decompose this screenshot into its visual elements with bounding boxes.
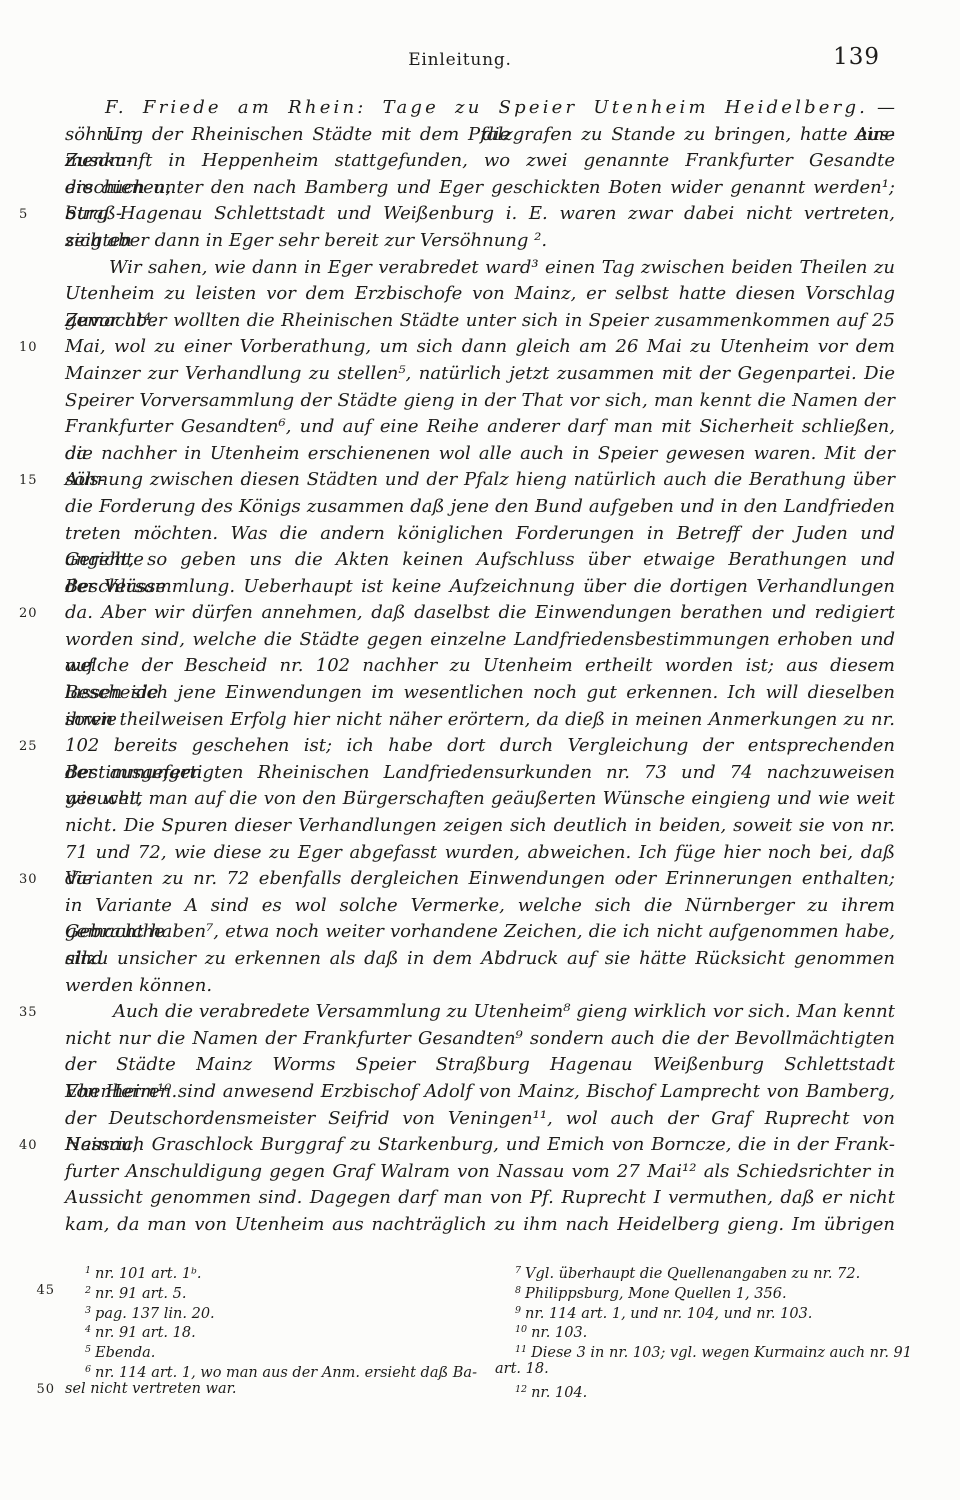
text-line: 25102 bereits geschehen ist; ich habe do…: [65, 733, 895, 760]
text-line: 30Varianten zu nr. 72 ebenfalls dergleic…: [65, 866, 895, 893]
text-line: 35Auch die verabredete Versammlung zu Ut…: [65, 999, 895, 1026]
text-line: Wir sahen, wie dann in Eger verabredet w…: [65, 255, 895, 282]
text-line: ihren theilweisen Erfolg hier nicht nähe…: [65, 707, 895, 734]
text-line: Speirer Vorversammlung der Städte gieng …: [65, 388, 895, 415]
text-line: kam, da man von Utenheim aus nachträglic…: [65, 1212, 895, 1239]
footnote-line: 10nr. 103.: [495, 1320, 895, 1340]
footnote-marker: 3: [85, 1305, 91, 1316]
text-line: söhnung der Rheinischen Städte mit dem P…: [65, 122, 895, 149]
text-line: 40Heinrich Graschlock Burggraf zu Starke…: [65, 1132, 895, 1159]
text-line: 20da. Aber wir dürfen annehmen, daß dase…: [65, 600, 895, 627]
text-line: die nachher in Utenheim erschienenen wol…: [65, 441, 895, 468]
text-line: werden können.: [65, 973, 895, 1000]
text-line: menkunft in Heppenheim stattgefunden, wo…: [65, 148, 895, 175]
section-heading: F. Friede am Rhein: Tage zu Speier Utenh…: [105, 97, 868, 118]
body-text: F. Friede am Rhein: Tage zu Speier Utenh…: [65, 95, 895, 1239]
margin-line-number: 30: [19, 867, 55, 894]
footnote-line: 9nr. 114 art. 1, und nr. 104, und nr. 10…: [495, 1301, 895, 1321]
footnote-marker: 6: [85, 1364, 91, 1375]
margin-line-number: 50: [19, 1380, 55, 1400]
text-line: sich aber dann in Eger sehr bereit zur V…: [65, 228, 895, 255]
text-line: wie weit man auf die von den Bürgerschaf…: [65, 786, 895, 813]
text-line: Frankfurter Gesandten⁶, und auf eine Rei…: [65, 414, 895, 441]
text-line: nicht nur die Namen der Frankfurter Gesa…: [65, 1026, 895, 1053]
text-line: nicht. Die Spuren dieser Verhandlungen z…: [65, 813, 895, 840]
text-line: Mainzer zur Verhandlung zu stellen⁵, nat…: [65, 361, 895, 388]
footnote-marker: 9: [515, 1305, 521, 1316]
text-line: worden sind, welche die Städte gegen ein…: [65, 627, 895, 654]
text-line: angeht, so geben uns die Akten keinen Au…: [65, 547, 895, 574]
margin-line-number: 20: [19, 601, 55, 628]
footnote-marker: 1: [85, 1265, 91, 1276]
footnote-marker: 10: [515, 1324, 527, 1335]
margin-line-number: 5: [19, 202, 55, 229]
footnote-line: 3pag. 137 lin. 20.: [65, 1301, 460, 1321]
footnote-line: 5Ebenda.: [65, 1340, 460, 1360]
text-line: lassen sich jene Einwendungen im wesentl…: [65, 680, 895, 707]
text-line: 15söhnung zwischen diesen Städten und de…: [65, 467, 895, 494]
text-line: F. Friede am Rhein: Tage zu Speier Utenh…: [65, 95, 895, 122]
text-line: 71 und 72, wie diese zu Eger abgefasst w…: [65, 840, 895, 867]
footnote-line: 12nr. 104.: [495, 1380, 895, 1400]
text-line: die Forderung des Königs zusammen daß je…: [65, 494, 895, 521]
footnote-line: 452nr. 91 art. 5.: [65, 1281, 460, 1301]
footnote-line: 7Vgl. überhaupt die Quellenangaben zu nr…: [495, 1261, 895, 1281]
margin-line-number: 35: [19, 1000, 55, 1027]
margin-line-number: 40: [19, 1133, 55, 1160]
text-line: Utenheim zu leisten vor dem Erzbischofe …: [65, 281, 895, 308]
margin-line-number: 15: [19, 468, 55, 495]
footnote-marker: 4: [85, 1324, 91, 1335]
footnote-line: 6nr. 114 art. 1, wo man aus der Anm. ers…: [65, 1360, 460, 1380]
footnote-marker: 12: [515, 1384, 527, 1395]
text-line: furter Anschuldigung gegen Graf Walram v…: [65, 1159, 895, 1186]
text-line: die auch unter den nach Bamberg und Eger…: [65, 175, 895, 202]
footnotes: 1nr. 101 art. 1ᵇ.452nr. 91 art. 5.3pag. …: [65, 1261, 895, 1400]
footnote-marker: 5: [85, 1344, 91, 1355]
text-line: gemacht haben⁷, etwa noch weiter vorhand…: [65, 919, 895, 946]
text-line: der Deutschordensmeister Seifrid von Ven…: [65, 1106, 895, 1133]
text-line: Zuvor aber wollten die Rheinischen Städt…: [65, 308, 895, 335]
text-line: der Städte Mainz Worms Speier Straßburg …: [65, 1052, 895, 1079]
text-line: 10Mai, wol zu einer Vorberathung, um sic…: [65, 334, 895, 361]
margin-line-number: 45: [19, 1281, 55, 1301]
footnote-marker: 2: [85, 1285, 91, 1296]
text-line: in Variante A sind es wol solche Vermerk…: [65, 893, 895, 920]
footnote-marker: 7: [515, 1265, 521, 1276]
text-line: treten möchten. Was die andern königlich…: [65, 521, 895, 548]
footnote-column-right: 7Vgl. überhaupt die Quellenangaben zu nr…: [495, 1261, 895, 1400]
footnote-marker: 8: [515, 1285, 521, 1296]
running-head-title: Einleitung.: [65, 50, 855, 70]
text-line: der ausgefertigten Rheinischen Landfried…: [65, 760, 895, 787]
text-line: 5burg Hagenau Schlettstadt und Weißenbur…: [65, 201, 895, 228]
text-line: Aussicht genommen sind. Dagegen darf man…: [65, 1185, 895, 1212]
margin-line-number: 10: [19, 335, 55, 362]
text-line: der Versammlung. Ueberhaupt ist keine Au…: [65, 574, 895, 601]
footnote-line: 50sel nicht vertreten war.: [65, 1380, 460, 1400]
footnote-line: 8Philippsburg, Mone Quellen 1, 356.: [495, 1281, 895, 1301]
footnote-line: 11Diese 3 in nr. 103; vgl. wegen Kurmain…: [495, 1340, 895, 1360]
footnote-line: 1nr. 101 art. 1ᵇ.: [65, 1261, 460, 1281]
footnote-line: 4nr. 91 art. 18.: [65, 1320, 460, 1340]
text-line: Von Herren sind anwesend Erzbischof Adol…: [65, 1079, 895, 1106]
footnote-marker: 11: [515, 1344, 527, 1355]
text-line: welche der Bescheid nr. 102 nachher zu U…: [65, 653, 895, 680]
footnote-line: art. 18.: [495, 1360, 895, 1380]
text-line: allzu unsicher zu erkennen als daß in de…: [65, 946, 895, 973]
page-number: 139: [833, 44, 880, 70]
footnote-column-left: 1nr. 101 art. 1ᵇ.452nr. 91 art. 5.3pag. …: [65, 1261, 460, 1400]
margin-line-number: 25: [19, 734, 55, 761]
book-page: Einleitung. 139 F. Friede am Rhein: Tage…: [0, 0, 960, 1500]
